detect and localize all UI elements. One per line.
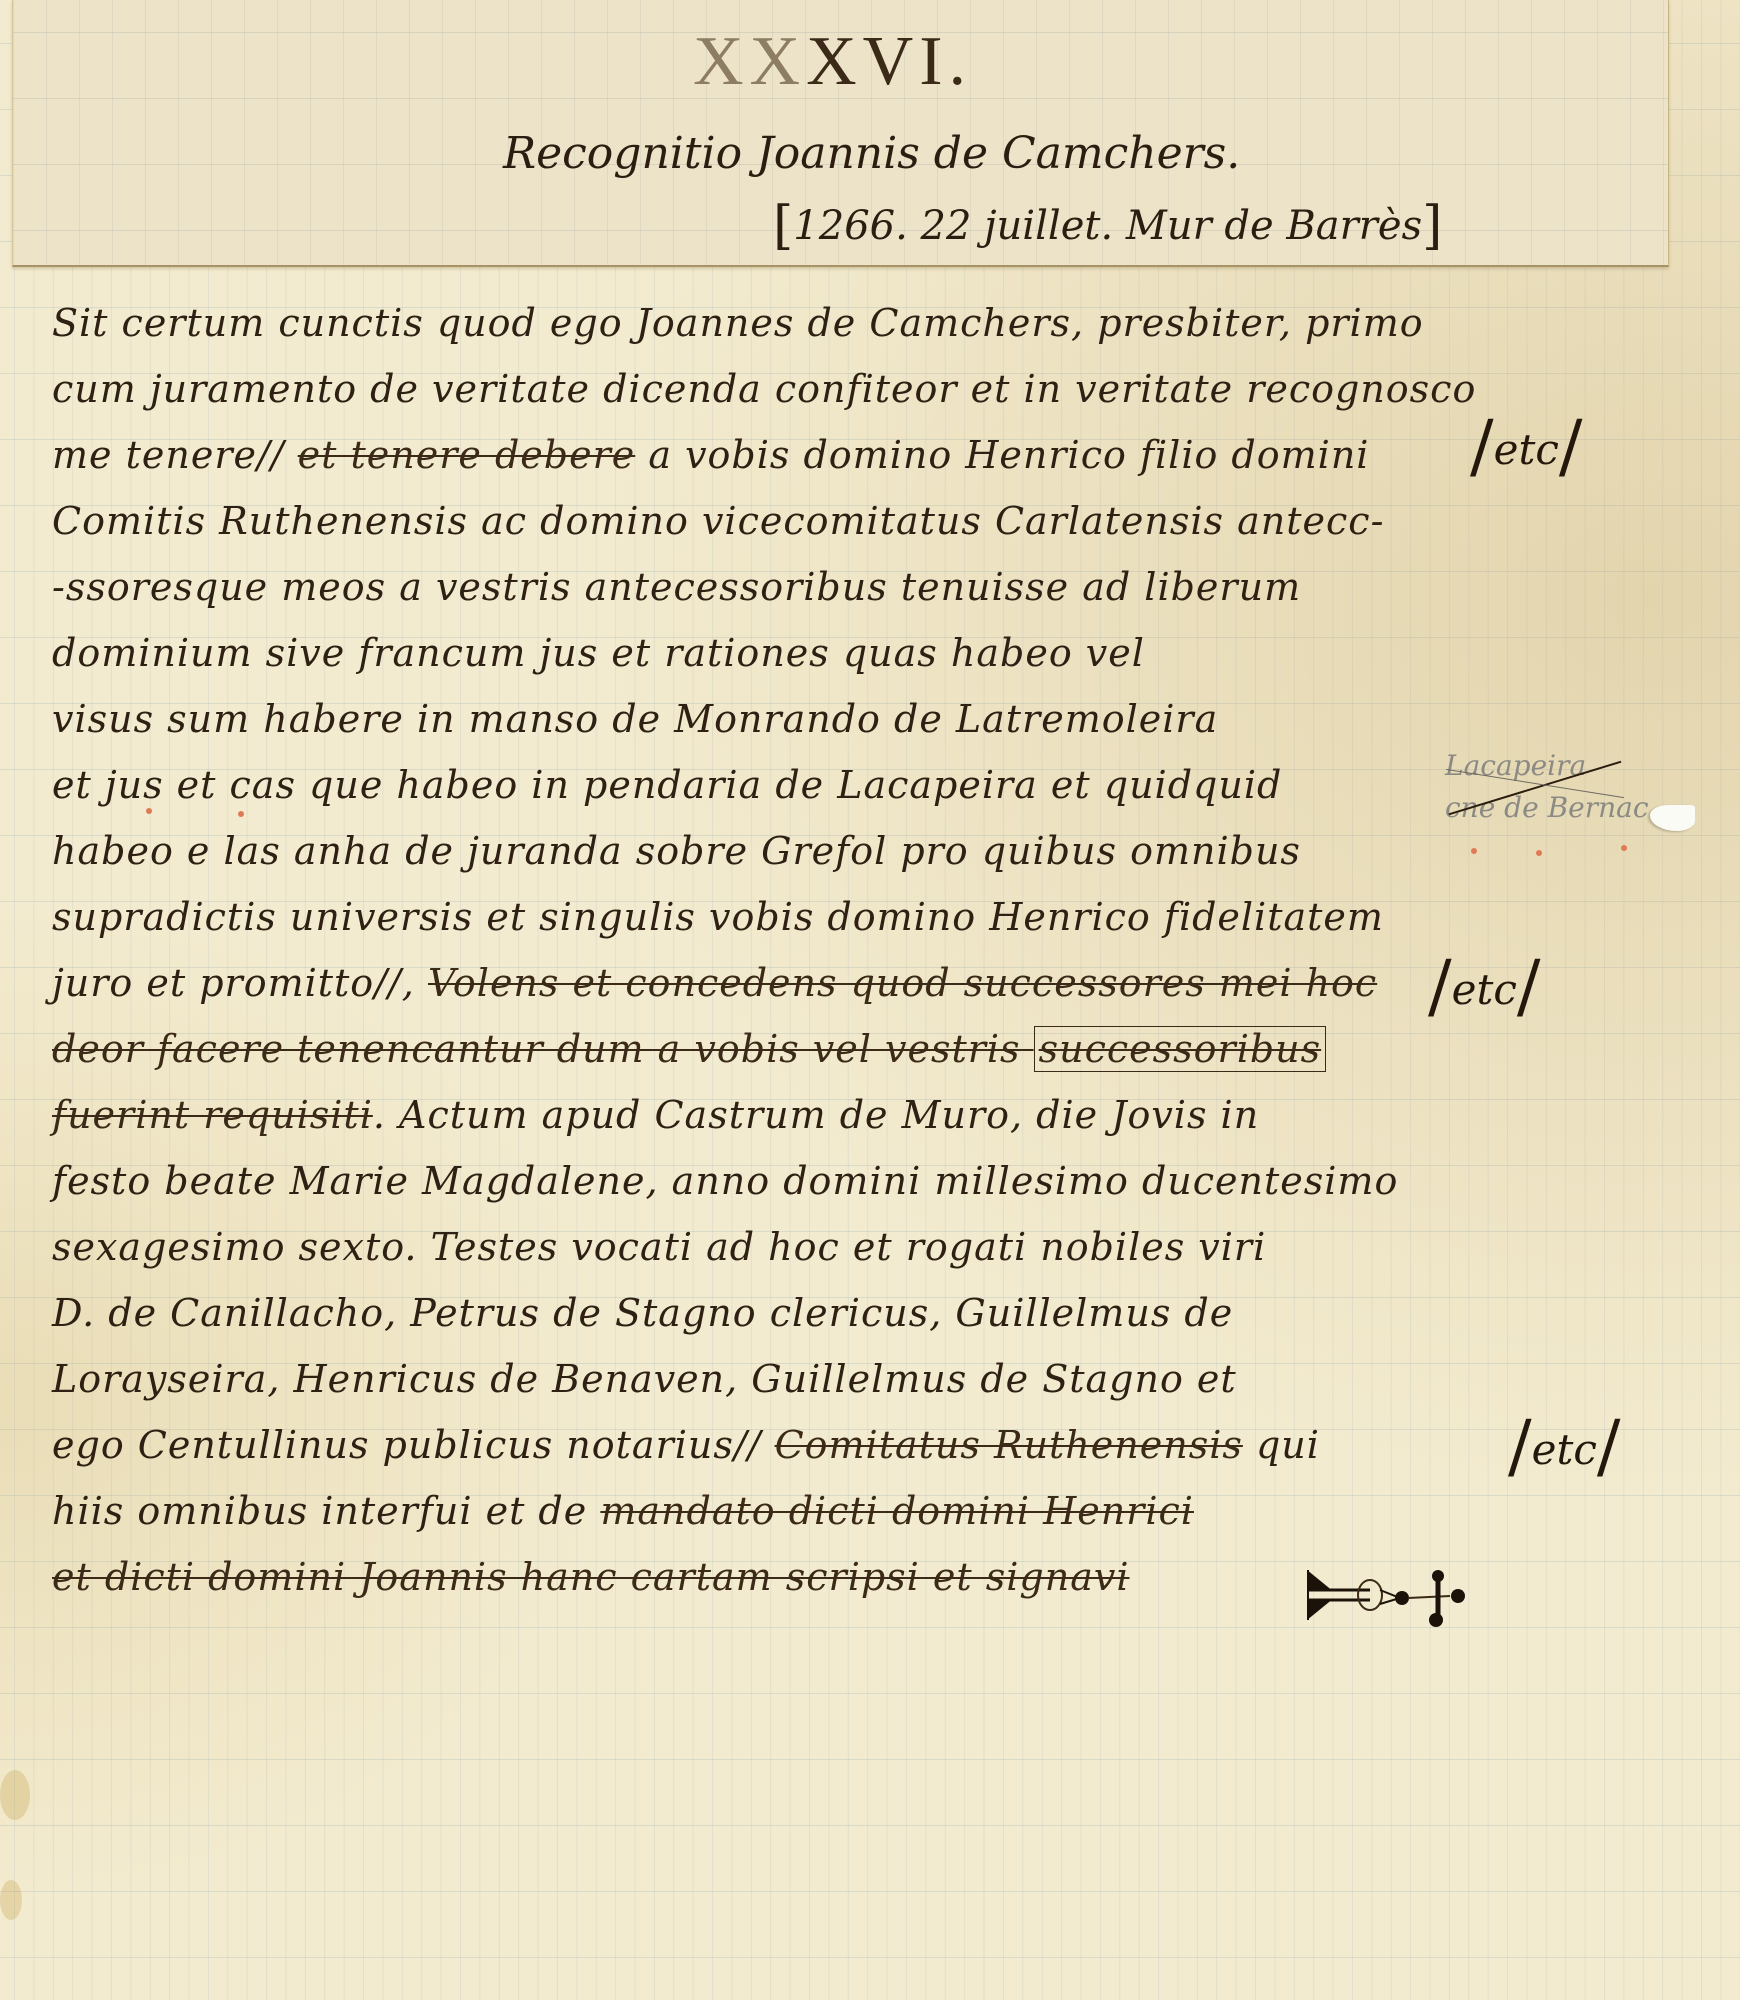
deleted-text: fuerint requisiti [52, 1093, 373, 1137]
margin-etc-note: /etc/ [1508, 1405, 1620, 1487]
manuscript-line: dominium sive francum jus et rationes qu… [52, 620, 1432, 686]
manuscript-line: et jus et cas que habeo in pendaria de L… [52, 752, 1432, 818]
manuscript-line: ego Centullinus publicus notarius// Comi… [52, 1412, 1432, 1478]
manuscript-line: juro et promitto//, Volens et concedens … [52, 950, 1432, 1016]
line-text: hiis omnibus interfui et de [52, 1489, 600, 1533]
dateline-close-bracket: ] [1422, 196, 1442, 256]
document-number-ink: XVI. [806, 23, 972, 100]
pencil-margin-note: Lacapeira cne de Bernac [1445, 745, 1665, 829]
body-text: Sit certum cunctis quod ego Joannes de C… [52, 290, 1432, 1610]
red-dot-mark [238, 811, 244, 817]
pasted-heading-strip: XXXVI. Recognitio Joannis de Camchers. [… [12, 0, 1669, 267]
margin-etc-text: etc [1532, 1425, 1597, 1474]
foxing-stain [0, 1770, 30, 1820]
foxing-stain [0, 1880, 22, 1920]
red-dot-mark [1621, 845, 1627, 851]
manuscript-page: XXXVI. Recognitio Joannis de Camchers. [… [0, 0, 1740, 2000]
pencil-note-line2: cne de Bernac [1445, 787, 1665, 829]
slash-mark: / [1470, 405, 1494, 487]
manuscript-line: supradictis universis et singulis vobis … [52, 884, 1432, 950]
line-text: D. de Canillacho, Petrus de Stagno cleri… [52, 1291, 1233, 1335]
dateline-place: . Mur de Barrès [1100, 203, 1422, 249]
deleted-text: deor facere tenencantur dum a vobis vel … [52, 1027, 1034, 1071]
line-text: . Actum apud Castrum de Muro, die Jovis … [373, 1093, 1259, 1137]
margin-etc-note: /etc/ [1470, 405, 1582, 487]
line-text: a vobis domino Henrico filio domini [635, 433, 1369, 477]
slash-mark: / [1559, 405, 1583, 487]
line-text: dominium sive francum jus et rationes qu… [52, 631, 1145, 675]
deleted-text: et dicti domini Joannis hanc cartam scri… [52, 1555, 1129, 1599]
line-text: cum juramento de veritate dicenda confit… [52, 367, 1476, 411]
red-dot-mark [1536, 850, 1542, 856]
manuscript-line: Sit certum cunctis quod ego Joannes de C… [52, 290, 1432, 356]
manuscript-line: sexagesimo sexto. Testes vocati ad hoc e… [52, 1214, 1432, 1280]
margin-etc-text: etc [1452, 965, 1517, 1014]
document-number-pencil: XX [693, 23, 806, 100]
document-number: XXXVI. [693, 22, 972, 102]
line-text: qui [1243, 1423, 1320, 1467]
line-text: supradictis universis et singulis vobis … [52, 895, 1384, 939]
deleted-text: et tenere debere [298, 433, 636, 477]
line-text: habeo e las anha de juranda sobre Grefol… [52, 829, 1301, 873]
line-text: -ssoresque meos a vestris antecessoribus… [52, 565, 1301, 609]
manuscript-line: D. de Canillacho, Petrus de Stagno cleri… [52, 1280, 1432, 1346]
line-text: me tenere// [52, 433, 298, 477]
margin-etc-note: /etc/ [1428, 945, 1540, 1027]
manuscript-line: visus sum habere in manso de Monrando de… [52, 686, 1432, 752]
line-text: Sit certum cunctis quod ego Joannes de C… [52, 301, 1424, 345]
deleted-text: Volens et concedens quod successores mei… [428, 961, 1377, 1005]
line-text: Comitis Ruthenensis ac domino vicecomita… [52, 499, 1384, 543]
line-text: juro et promitto//, [52, 961, 428, 1005]
slash-mark: / [1508, 1405, 1532, 1487]
manuscript-line: festo beate Marie Magdalene, anno domini… [52, 1148, 1432, 1214]
red-dot-mark [146, 808, 152, 814]
dateline-year: 1266. [793, 203, 908, 249]
manuscript-line: deor facere tenencantur dum a vobis vel … [52, 1016, 1432, 1082]
line-text: festo beate Marie Magdalene, anno domini… [52, 1159, 1398, 1203]
margin-etc-text: etc [1494, 425, 1559, 474]
line-text: et jus et cas que habeo in pendaria de L… [52, 763, 1282, 807]
dateline-day-month: 22 juillet [921, 203, 1101, 249]
document-title: Recognitio Joannis de Camchers. [503, 128, 1240, 179]
line-text: sexagesimo sexto. Testes vocati ad hoc e… [52, 1225, 1266, 1269]
manuscript-line: Comitis Ruthenensis ac domino vicecomita… [52, 488, 1432, 554]
manuscript-line: cum juramento de veritate dicenda confit… [52, 356, 1432, 422]
line-text: Lorayseira, Henricus de Benaven, Guillel… [52, 1357, 1237, 1401]
manuscript-line: et dicti domini Joannis hanc cartam scri… [52, 1544, 1432, 1610]
slash-mark: / [1597, 1405, 1621, 1487]
deleted-text: successoribus [1034, 1026, 1327, 1072]
manuscript-line: hiis omnibus interfui et de mandato dict… [52, 1478, 1432, 1544]
manuscript-line: fuerint requisiti. Actum apud Castrum de… [52, 1082, 1432, 1148]
notary-signum-icon [1300, 1560, 1475, 1630]
deleted-text: Comitatus Ruthenensis [775, 1423, 1243, 1467]
line-text: ego Centullinus publicus notarius// [52, 1423, 775, 1467]
line-text: visus sum habere in manso de Monrando de… [52, 697, 1218, 741]
manuscript-line: me tenere// et tenere debere a vobis dom… [52, 422, 1432, 488]
dateline: [1266. 22 juillet. Mur de Barrès] [773, 196, 1442, 256]
slash-mark: / [1517, 945, 1541, 1027]
manuscript-line: -ssoresque meos a vestris antecessoribus… [52, 554, 1432, 620]
red-dot-mark [1471, 848, 1477, 854]
deleted-text: mandato dicti domini Henrici [600, 1489, 1194, 1533]
dateline-open-bracket: [ [773, 196, 793, 256]
manuscript-line: Lorayseira, Henricus de Benaven, Guillel… [52, 1346, 1432, 1412]
slash-mark: / [1428, 945, 1452, 1027]
manuscript-line: habeo e las anha de juranda sobre Grefol… [52, 818, 1432, 884]
